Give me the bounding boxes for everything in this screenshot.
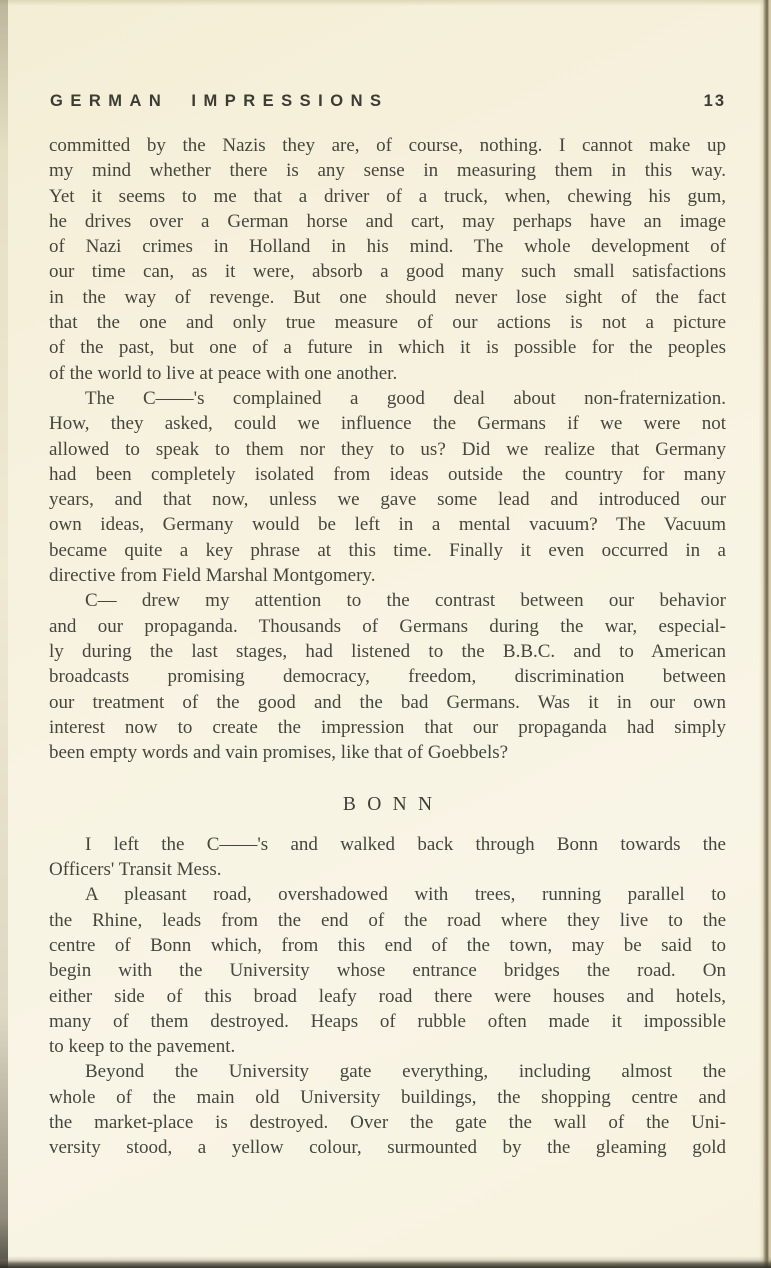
paragraph: The C——'s complained a good deal about n…: [49, 386, 726, 588]
paragraph: Beyond the University gate everything, i…: [49, 1059, 726, 1160]
text-line: the Rhine, leads from the end of the roa…: [49, 908, 726, 933]
text-line: he drives over a German horse and cart, …: [49, 209, 726, 234]
text-line: allowed to speak to them nor they to us?…: [49, 437, 726, 462]
text-line: ly during the last stages, had listened …: [49, 639, 726, 664]
text-line: that the one and only true measure of ou…: [49, 310, 726, 335]
section-heading: BONN: [60, 792, 726, 817]
text-line: of the past, but one of a future in whic…: [49, 335, 726, 360]
text-line: either side of this broad leafy road the…: [49, 984, 726, 1009]
text-block: committed by the Nazis they are, of cour…: [49, 133, 726, 1161]
page-edge-right: [759, 0, 771, 1268]
text-line: my mind whether there is any sense in me…: [49, 158, 726, 183]
running-head-title: GERMAN IMPRESSIONS: [50, 92, 389, 111]
page-edge-bottom: [0, 1256, 771, 1268]
text-line: Yet it seems to me that a driver of a tr…: [49, 184, 726, 209]
text-line: of the world to live at peace with one a…: [49, 361, 726, 386]
text-line: our time can, as it were, absorb a good …: [49, 259, 726, 284]
text-line: broadcasts promising democracy, freedom,…: [49, 664, 726, 689]
text-line: A pleasant road, overshadowed with trees…: [49, 882, 726, 907]
text-line: versity stood, a yellow colour, surmount…: [49, 1135, 726, 1160]
text-line: of Nazi crimes in Holland in his mind. T…: [49, 234, 726, 259]
page-edge-left: [0, 0, 8, 1268]
paragraph: C— drew my attention to the contrast bet…: [49, 588, 726, 765]
text-line: Officers' Transit Mess.: [49, 857, 726, 882]
text-line: Beyond the University gate everything, i…: [49, 1059, 726, 1084]
text-line: C— drew my attention to the contrast bet…: [49, 588, 726, 613]
text-line: years, and that now, unless we gave some…: [49, 487, 726, 512]
page-number: 13: [704, 92, 726, 111]
text-line: our treatment of the good and the bad Ge…: [49, 690, 726, 715]
text-line: became quite a key phrase at this time. …: [49, 538, 726, 563]
text-line: begin with the University whose entrance…: [49, 958, 726, 983]
page-edge-top: [0, 0, 771, 6]
text-line: many of them destroyed. Heaps of rubble …: [49, 1009, 726, 1034]
text-line: the market-place is destroyed. Over the …: [49, 1110, 726, 1135]
text-line: committed by the Nazis they are, of cour…: [49, 133, 726, 158]
paragraph: I left the C——'s and walked back through…: [49, 832, 726, 883]
text-line: whole of the main old University buildin…: [49, 1085, 726, 1110]
text-line: directive from Field Marshal Montgomery.: [49, 563, 726, 588]
running-head: GERMAN IMPRESSIONS 13: [50, 92, 726, 111]
book-page-scan: GERMAN IMPRESSIONS 13 committed by the N…: [0, 0, 771, 1268]
text-line: and our propaganda. Thousands of Germans…: [49, 614, 726, 639]
text-line: in the way of revenge. But one should ne…: [49, 285, 726, 310]
text-line: had been completely isolated from ideas …: [49, 462, 726, 487]
paragraph: committed by the Nazis they are, of cour…: [49, 133, 726, 386]
text-line: own ideas, Germany would be left in a me…: [49, 512, 726, 537]
text-line: How, they asked, could we influence the …: [49, 411, 726, 436]
text-line: centre of Bonn which, from this end of t…: [49, 933, 726, 958]
text-line: I left the C——'s and walked back through…: [49, 832, 726, 857]
paragraph: A pleasant road, overshadowed with trees…: [49, 882, 726, 1059]
text-line: interest now to create the impression th…: [49, 715, 726, 740]
text-line: to keep to the pavement.: [49, 1034, 726, 1059]
text-line: The C——'s complained a good deal about n…: [49, 386, 726, 411]
text-line: been empty words and vain promises, like…: [49, 740, 726, 765]
